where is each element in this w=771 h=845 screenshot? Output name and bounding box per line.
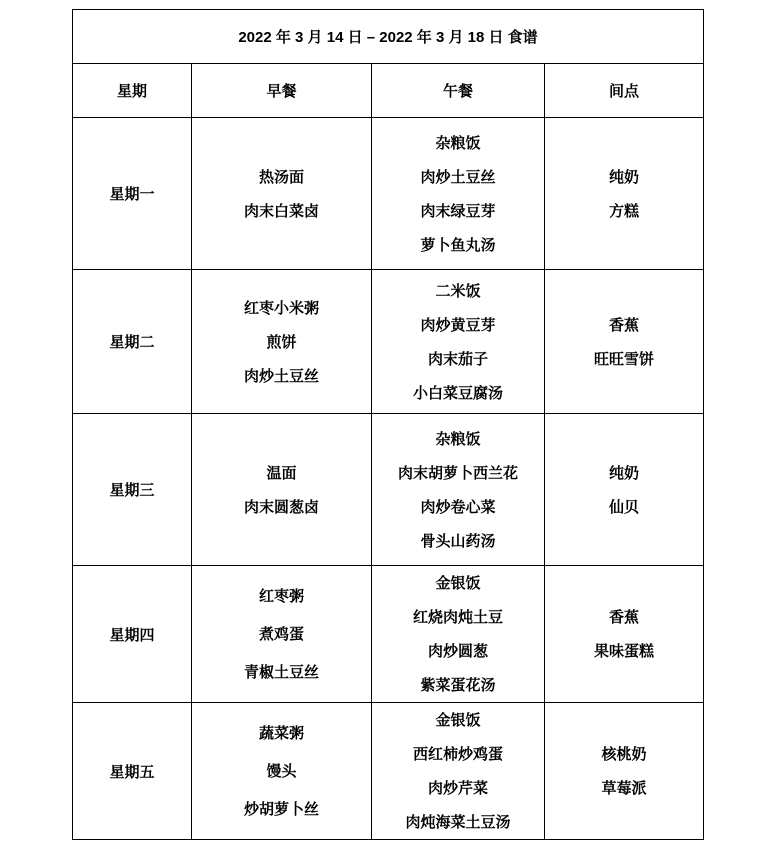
menu-title: 2022 年 3 月 14 日 – 2022 年 3 月 18 日 食谱 — [73, 10, 704, 64]
snack-cell: 香蕉 旺旺雪饼 — [545, 270, 704, 414]
table-row-monday: 星期一 热汤面 肉末白菜卤 杂粮饭 肉炒土豆丝 肉末绿豆芽 萝卜鱼丸汤 纯奶 方… — [73, 118, 704, 270]
menu-item: 煮鸡蛋 — [192, 615, 371, 653]
menu-item: 温面 — [192, 456, 371, 490]
header-snack: 间点 — [545, 64, 704, 118]
menu-item: 肉末茄子 — [372, 342, 544, 376]
snack-cell: 纯奶 方糕 — [545, 118, 704, 270]
menu-item: 红烧肉炖土豆 — [372, 600, 544, 634]
menu-item: 仙贝 — [545, 490, 703, 524]
menu-item: 杂粮饭 — [372, 126, 544, 160]
title-row: 2022 年 3 月 14 日 – 2022 年 3 月 18 日 食谱 — [73, 10, 704, 64]
table-row-thursday: 星期四 红枣粥 煮鸡蛋 青椒土豆丝 金银饭 红烧肉炖土豆 肉炒圆葱 紫菜蛋花汤 … — [73, 566, 704, 703]
breakfast-cell: 温面 肉末圆葱卤 — [192, 414, 372, 566]
menu-item: 杂粮饭 — [372, 422, 544, 456]
breakfast-cell: 红枣粥 煮鸡蛋 青椒土豆丝 — [192, 566, 372, 703]
menu-item: 核桃奶 — [545, 737, 703, 771]
lunch-cell: 杂粮饭 肉末胡萝卜西兰花 肉炒卷心菜 骨头山药汤 — [372, 414, 545, 566]
menu-item: 纯奶 — [545, 160, 703, 194]
lunch-cell: 金银饭 西红柿炒鸡蛋 肉炒芹菜 肉炖海菜土豆汤 — [372, 703, 545, 840]
menu-item: 小白菜豆腐汤 — [372, 376, 544, 410]
menu-item: 骨头山药汤 — [372, 524, 544, 558]
table-row-tuesday: 星期二 红枣小米粥 煎饼 肉炒土豆丝 二米饭 肉炒黄豆芽 肉末茄子 小白菜豆腐汤… — [73, 270, 704, 414]
menu-item: 肉末胡萝卜西兰花 — [372, 456, 544, 490]
day-cell: 星期五 — [73, 703, 192, 840]
lunch-cell: 金银饭 红烧肉炖土豆 肉炒圆葱 紫菜蛋花汤 — [372, 566, 545, 703]
menu-item: 肉末绿豆芽 — [372, 194, 544, 228]
menu-item: 果味蛋糕 — [545, 634, 703, 668]
menu-item: 肉末白菜卤 — [192, 194, 371, 228]
menu-item: 肉炖海菜土豆汤 — [372, 805, 544, 839]
menu-item: 红枣粥 — [192, 577, 371, 615]
breakfast-cell: 红枣小米粥 煎饼 肉炒土豆丝 — [192, 270, 372, 414]
header-breakfast: 早餐 — [192, 64, 372, 118]
menu-item: 紫菜蛋花汤 — [372, 668, 544, 702]
menu-item: 肉炒圆葱 — [372, 634, 544, 668]
menu-item: 旺旺雪饼 — [545, 342, 703, 376]
snack-cell: 纯奶 仙贝 — [545, 414, 704, 566]
table-row-wednesday: 星期三 温面 肉末圆葱卤 杂粮饭 肉末胡萝卜西兰花 肉炒卷心菜 骨头山药汤 纯奶… — [73, 414, 704, 566]
menu-item: 香蕉 — [545, 308, 703, 342]
day-cell: 星期一 — [73, 118, 192, 270]
menu-item: 香蕉 — [545, 600, 703, 634]
breakfast-cell: 蔬菜粥 馒头 炒胡萝卜丝 — [192, 703, 372, 840]
menu-item: 肉炒土豆丝 — [192, 359, 371, 393]
menu-item: 青椒土豆丝 — [192, 653, 371, 691]
menu-item: 西红柿炒鸡蛋 — [372, 737, 544, 771]
menu-item: 红枣小米粥 — [192, 291, 371, 325]
menu-item: 肉炒土豆丝 — [372, 160, 544, 194]
breakfast-cell: 热汤面 肉末白菜卤 — [192, 118, 372, 270]
menu-item: 热汤面 — [192, 160, 371, 194]
day-cell: 星期二 — [73, 270, 192, 414]
menu-item: 馒头 — [192, 752, 371, 790]
weekly-menu-table: 2022 年 3 月 14 日 – 2022 年 3 月 18 日 食谱 星期 … — [72, 9, 704, 840]
menu-item: 肉炒卷心菜 — [372, 490, 544, 524]
menu-item: 方糕 — [545, 194, 703, 228]
day-cell: 星期三 — [73, 414, 192, 566]
header-row: 星期 早餐 午餐 间点 — [73, 64, 704, 118]
menu-item: 金银饭 — [372, 703, 544, 737]
lunch-cell: 杂粮饭 肉炒土豆丝 肉末绿豆芽 萝卜鱼丸汤 — [372, 118, 545, 270]
menu-item: 煎饼 — [192, 325, 371, 359]
menu-item: 二米饭 — [372, 274, 544, 308]
day-cell: 星期四 — [73, 566, 192, 703]
table-row-friday: 星期五 蔬菜粥 馒头 炒胡萝卜丝 金银饭 西红柿炒鸡蛋 肉炒芹菜 肉炖海菜土豆汤… — [73, 703, 704, 840]
menu-item: 肉炒黄豆芽 — [372, 308, 544, 342]
header-lunch: 午餐 — [372, 64, 545, 118]
lunch-cell: 二米饭 肉炒黄豆芽 肉末茄子 小白菜豆腐汤 — [372, 270, 545, 414]
header-day: 星期 — [73, 64, 192, 118]
menu-item: 肉末圆葱卤 — [192, 490, 371, 524]
menu-item: 蔬菜粥 — [192, 714, 371, 752]
menu-item: 纯奶 — [545, 456, 703, 490]
snack-cell: 核桃奶 草莓派 — [545, 703, 704, 840]
menu-item: 炒胡萝卜丝 — [192, 790, 371, 828]
menu-item: 肉炒芹菜 — [372, 771, 544, 805]
menu-item: 草莓派 — [545, 771, 703, 805]
snack-cell: 香蕉 果味蛋糕 — [545, 566, 704, 703]
menu-item: 金银饭 — [372, 566, 544, 600]
menu-item: 萝卜鱼丸汤 — [372, 228, 544, 262]
